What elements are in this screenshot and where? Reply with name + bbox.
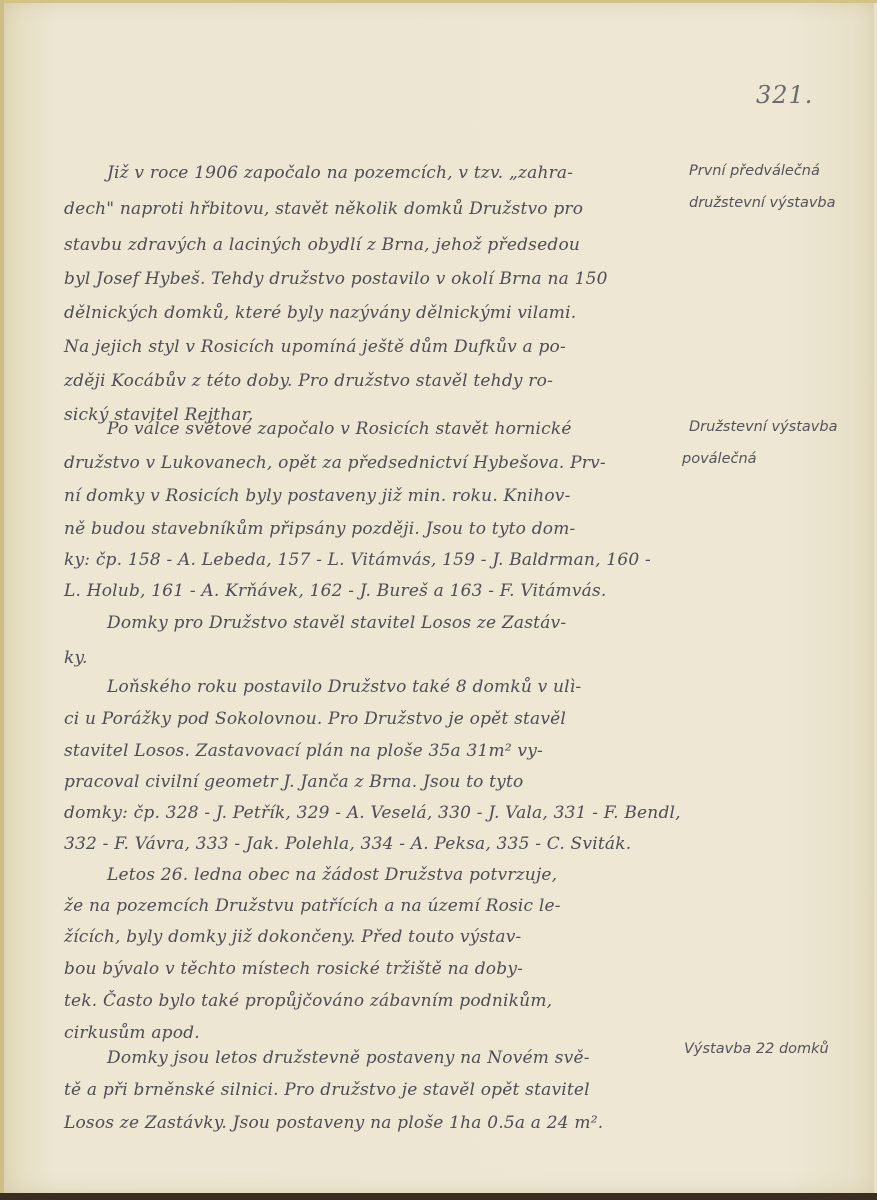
page-bottom-edge [0,1193,877,1200]
text-line: Losos ze Zastávky. Jsou postaveny na plo… [64,1113,603,1133]
text-line: žících, byly domky již dokončeny. Před t… [64,927,522,947]
margin-note-prewar-title: První předválečná [689,163,820,179]
manuscript-page: 321. Již v roce 1906 započalo na pozemcí… [4,3,874,1193]
text-line: že na pozemcích Družstvu patřících a na … [64,896,561,916]
text-line: Již v roce 1906 započalo na pozemcích, v… [107,163,573,183]
text-line: ky. [64,648,88,668]
text-line: dech" naproti hřbitovu, stavět několik d… [64,199,583,219]
text-line: ky: čp. 158 - A. Lebeda, 157 - L. Vitámv… [64,550,651,570]
text-line: družstvo v Lukovanech, opět za předsedni… [64,453,606,473]
page-number: 321. [756,81,813,109]
text-line: bou bývalo v těchto místech rosické trži… [64,959,523,979]
text-line: byl Josef Hybeš. Tehdy družstvo postavil… [64,269,608,289]
text-line: ci u Porážky pod Sokolovnou. Pro Družstv… [64,709,566,729]
text-line: Loňského roku postavilo Družstvo také 8 … [107,677,581,697]
text-line: tek. Často bylo také propůjčováno zábavn… [64,991,552,1011]
margin-note-prewar-subtitle: družstevní výstavba [689,195,836,211]
text-line: ní domky v Rosicích byly postaveny již m… [64,486,571,506]
text-line: cirkusům apod. [64,1023,200,1043]
text-line: zději Kocábův z této doby. Pro družstvo … [64,371,553,391]
text-line: Letos 26. ledna obec na žádost Družstva … [107,865,557,885]
text-line: stavitel Losos. Zastavovací plán na ploš… [64,741,543,761]
text-line: stavbu zdravých a laciných obydlí z Brna… [64,235,580,255]
text-line: domky: čp. 328 - J. Petřík, 329 - A. Ves… [64,803,681,823]
text-line: pracoval civilní geometr J. Janča z Brna… [64,772,523,792]
margin-note-postwar-subtitle: poválečná [682,451,757,467]
text-line: L. Holub, 161 - A. Krňávek, 162 - J. Bur… [64,581,607,601]
text-line: tě a při brněnské silnici. Pro družstvo … [64,1080,590,1100]
text-line: 332 - F. Vávra, 333 - Jak. Polehla, 334 … [64,834,631,854]
margin-note-22-houses: Výstavba 22 domků [684,1041,829,1057]
text-line: Domky jsou letos družstevně postaveny na… [107,1048,590,1068]
text-line: ně budou stavebníkům připsány později. J… [64,519,575,539]
text-line: dělnických domků, které byly nazývány dě… [64,303,576,323]
margin-note-postwar-title: Družstevní výstavba [689,419,837,435]
text-line: Na jejich styl v Rosicích upomíná ještě … [64,337,566,357]
text-line: Po válce světové započalo v Rosicích sta… [107,419,572,439]
text-line: Domky pro Družstvo stavěl stavitel Losos… [107,613,566,633]
